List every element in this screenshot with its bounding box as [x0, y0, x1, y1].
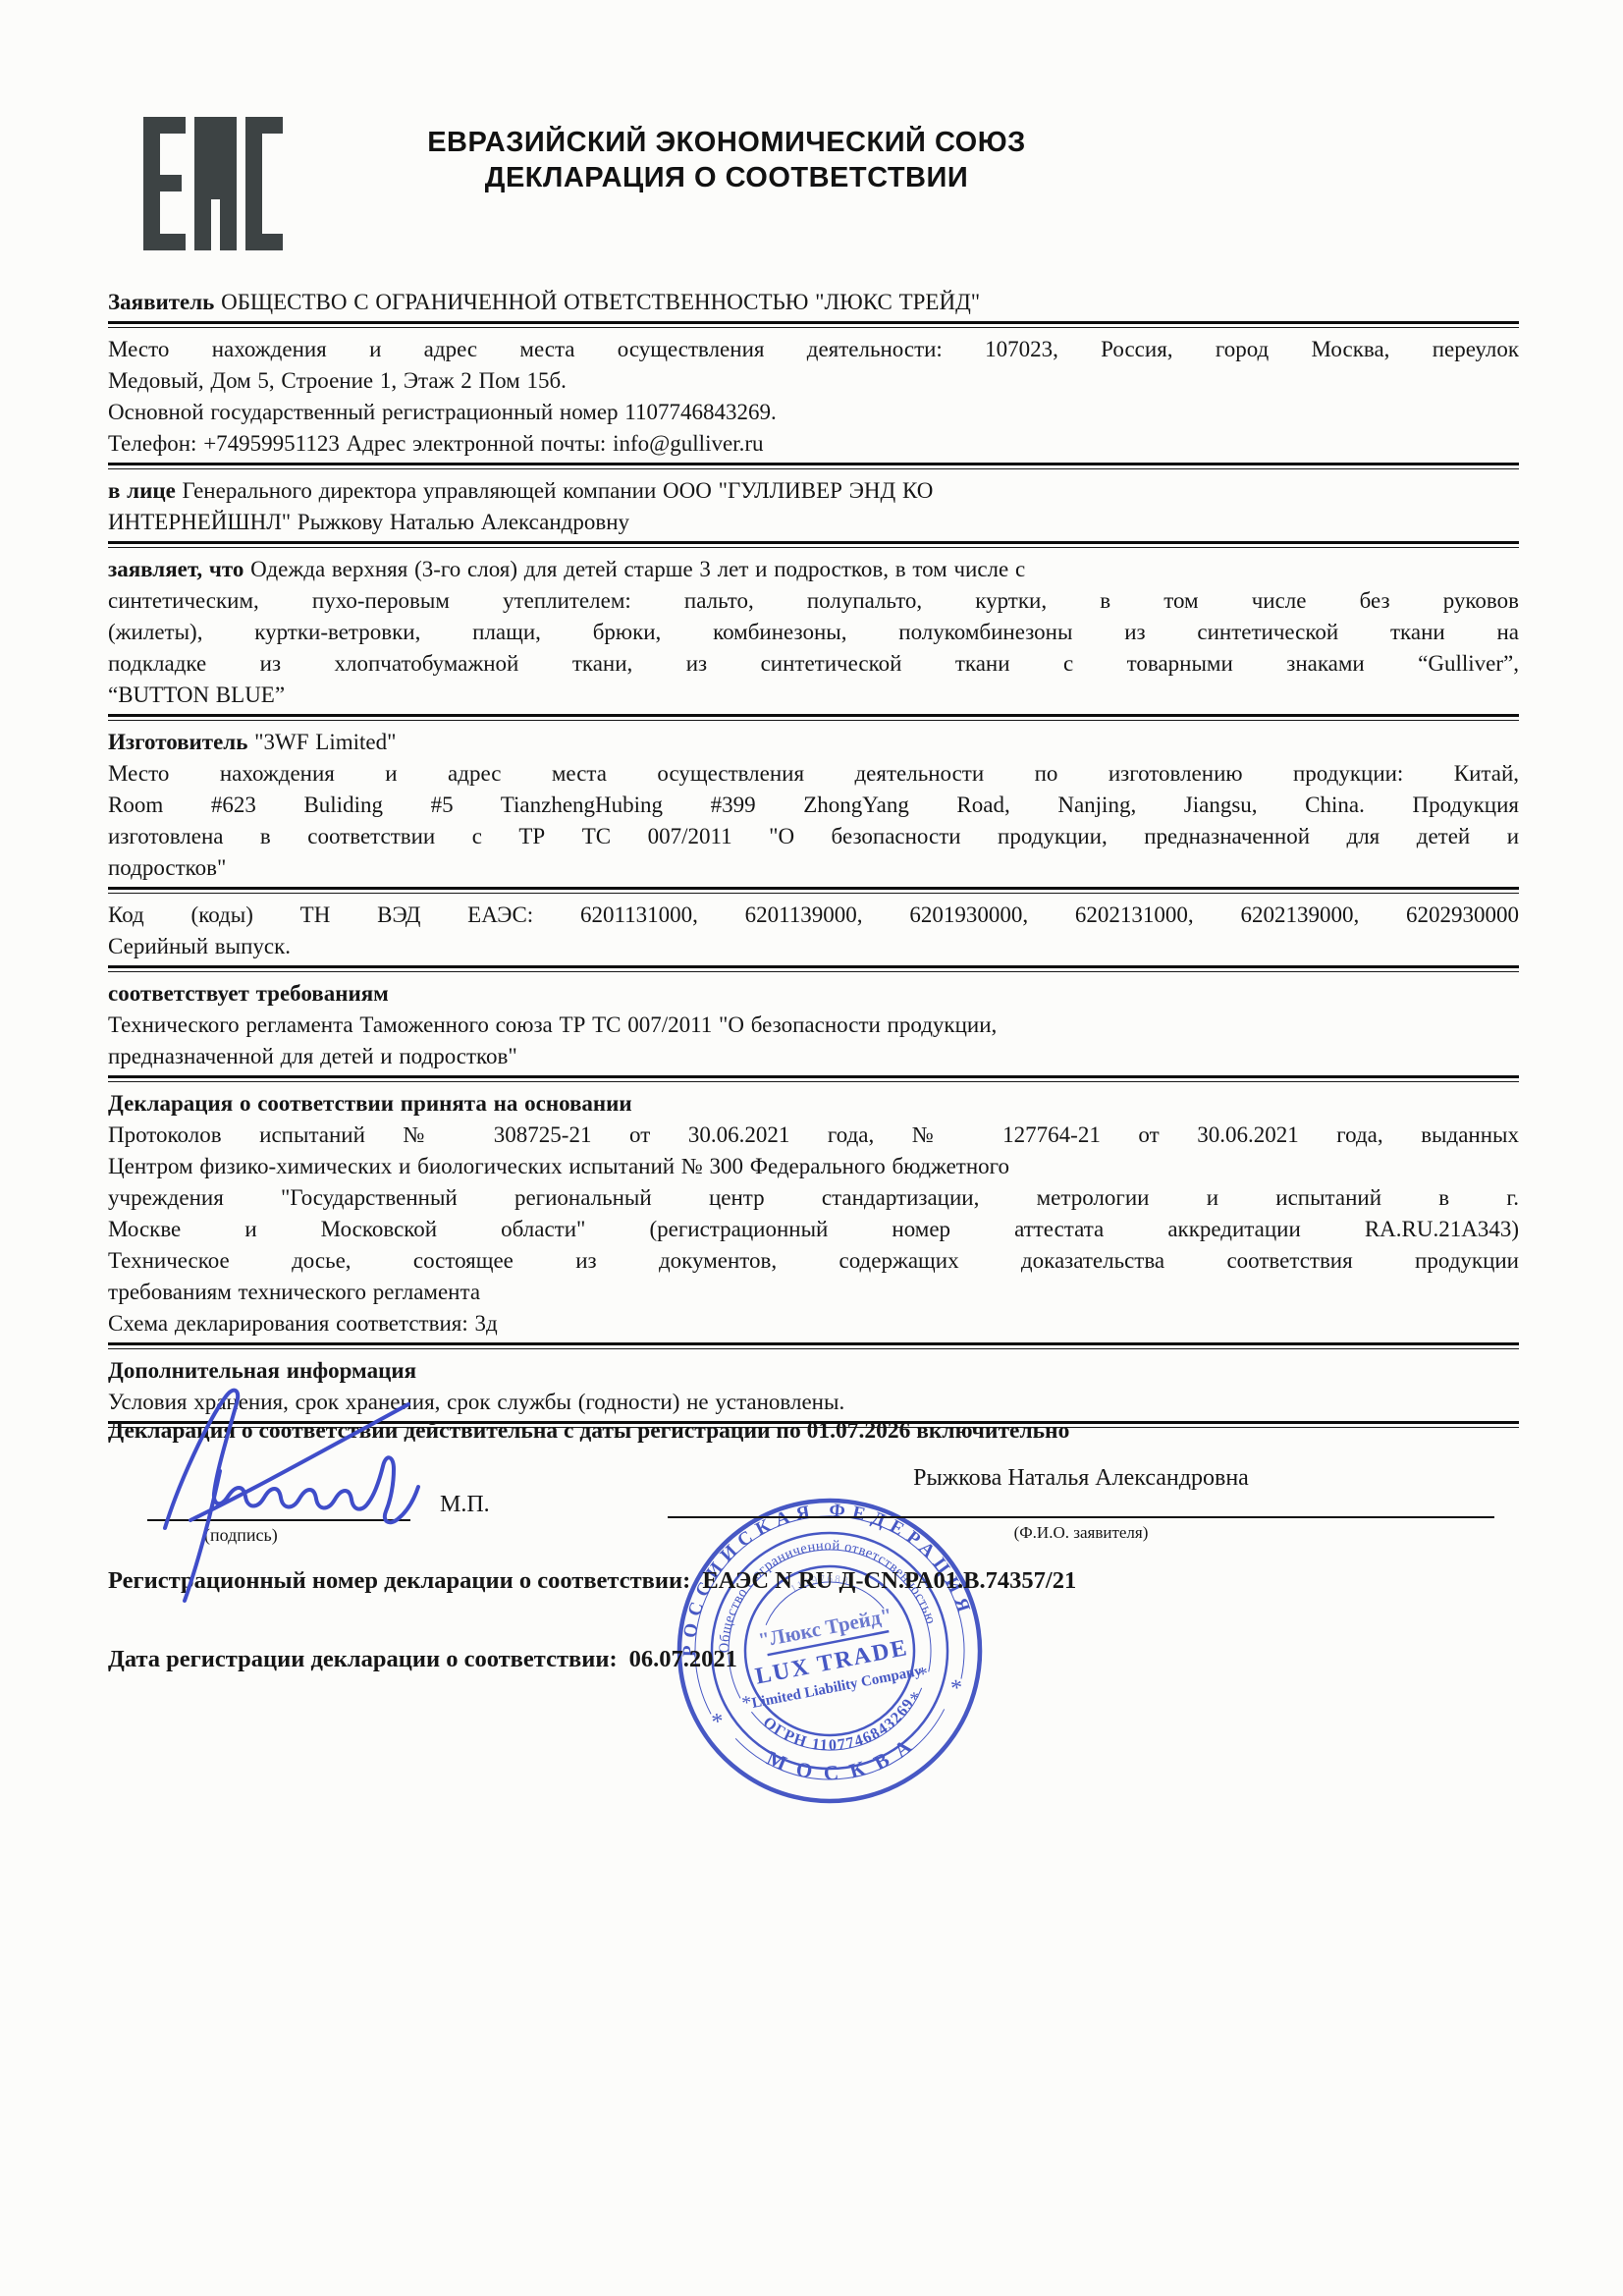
basis-line: Москве и Московской области" (регистраци…: [108, 1214, 1519, 1245]
representative-line: ИНТЕРНЕЙШНЛ" Рыжкову Наталью Александров…: [108, 507, 1519, 538]
manufacturer-address-line: подростков": [108, 852, 1519, 884]
basis-line: требованиям технического регламента: [108, 1277, 1519, 1308]
declaration-subject-line: подкладке из хлопчатобумажной ткани, из …: [108, 648, 1519, 680]
doc-title-line2: ДЕКЛАРАЦИЯ О СООТВЕТСТВИИ: [0, 160, 1453, 195]
section-divider: [108, 1075, 1519, 1082]
applicant-value: ОБЩЕСТВО С ОГРАНИЧЕННОЙ ОТВЕТСТВЕННОСТЬЮ…: [221, 290, 980, 314]
signature-scribble: [135, 1373, 432, 1607]
applicant-address-line: Медовый, Дом 5, Строение 1, Этаж 2 Пом 1…: [108, 365, 1519, 397]
basis-line: Техническое досье, состоящее из документ…: [108, 1245, 1519, 1277]
basis-line: Центром физико-химических и биологически…: [108, 1151, 1519, 1182]
basis-heading: Декларация о соответствии принята на осн…: [108, 1088, 1519, 1120]
section-divider: [108, 887, 1519, 894]
declaration-subject-line: синтетическим, пухо-перовым утеплителем:…: [108, 585, 1519, 617]
applicant-name: Рыжкова Наталья Александровна: [677, 1465, 1485, 1492]
manufacturer-address-line: изготовлена в соответствии с ТР ТС 007/2…: [108, 821, 1519, 852]
document-title: ЕВРАЗИЙСКИЙ ЭКОНОМИЧЕСКИЙ СОЮЗ ДЕКЛАРАЦИ…: [0, 125, 1453, 195]
manufacturer-address-line: Место нахождения и адрес места осуществл…: [108, 758, 1519, 790]
stamp-place-abbr: М.П.: [440, 1492, 490, 1518]
applicant-address-line: Место нахождения и адрес места осуществл…: [108, 334, 1519, 365]
declaration-subject-row: заявляет, что Одежда верхняя (3-го слоя)…: [108, 554, 1519, 585]
serial-issue-line: Серийный выпуск.: [108, 931, 1519, 962]
section-divider: [108, 541, 1519, 548]
representative-row: в лице Генерального директора управляюще…: [108, 475, 1519, 507]
manufacturer-label: Изготовитель: [108, 730, 247, 754]
basis-line: Протоколов испытаний № 308725-21 от 30.0…: [108, 1120, 1519, 1151]
section-divider: [108, 714, 1519, 721]
basis-line: учреждения "Государственный региональный…: [108, 1182, 1519, 1214]
manufacturer-address-line: Room #623 Buliding #5 TianzhengHubing #3…: [108, 790, 1519, 821]
applicant-ogrn-line: Основной государственный регистрационный…: [108, 397, 1519, 428]
section-divider: [108, 321, 1519, 328]
compliance-line: Технического регламента Таможенного союз…: [108, 1010, 1519, 1041]
section-divider: [108, 463, 1519, 469]
registration-date-label: Дата регистрации декларации о соответств…: [108, 1646, 618, 1672]
fio-line: [668, 1516, 1494, 1518]
compliance-line: предназначенной для детей и подростков": [108, 1041, 1519, 1072]
signature-flourish-stroke: [190, 1404, 408, 1520]
signature-main-stroke: [165, 1391, 418, 1528]
applicant-name-caption: (Ф.И.О. заявителя): [668, 1523, 1494, 1543]
stamp-star-icon: *: [949, 1675, 965, 1702]
applicant-row: Заявитель ОБЩЕСТВО С ОГРАНИЧЕННОЙ ОТВЕТС…: [108, 287, 1519, 318]
stamp-star-icon: *: [710, 1709, 726, 1735]
registration-date-value: 06.07.2021: [629, 1646, 737, 1672]
registration-date-line: Дата регистрации декларации о соответств…: [108, 1646, 737, 1673]
declaration-subject-line: (жилеты), куртки-ветровки, плащи, брюки,…: [108, 617, 1519, 648]
document-body: Заявитель ОБЩЕСТВО С ОГРАНИЧЕННОЙ ОТВЕТС…: [108, 287, 1519, 1434]
representative-label: в лице: [108, 478, 176, 503]
compliance-heading: соответствует требованиям: [108, 978, 1519, 1010]
manufacturer-name: "3WF Limited": [254, 730, 396, 754]
applicant-contacts-line: Телефон: +74959951123 Адрес электронной …: [108, 428, 1519, 460]
representative-line: Генерального директора управляющей компа…: [183, 478, 934, 503]
declaration-subject-line: Одежда верхняя (3-го слоя) для детей ста…: [250, 557, 1025, 581]
signature-descender-stroke: [185, 1471, 220, 1601]
tnved-codes-line: Код (коды) ТН ВЭД ЕАЭС: 6201131000, 6201…: [108, 900, 1519, 931]
declaration-subject-line: “BUTTON BLUE”: [108, 680, 1519, 711]
manufacturer-row: Изготовитель "3WF Limited": [108, 727, 1519, 758]
section-divider: [108, 965, 1519, 972]
registration-number-value: ЕАЭС N RU Д-CN.РА01.В.74357/21: [702, 1567, 1076, 1594]
basis-scheme-line: Схема декларирования соответствия: 3д: [108, 1308, 1519, 1339]
applicant-label: Заявитель: [108, 290, 214, 314]
doc-title-line1: ЕВРАЗИЙСКИЙ ЭКОНОМИЧЕСКИЙ СОЮЗ: [0, 125, 1453, 160]
section-divider: [108, 1342, 1519, 1349]
declaration-document-page: ЕВРАЗИЙСКИЙ ЭКОНОМИЧЕСКИЙ СОЮЗ ДЕКЛАРАЦИ…: [0, 0, 1623, 2296]
stamp-star-icon: *: [908, 1688, 921, 1711]
declaration-subject-label: заявляет, что: [108, 557, 243, 581]
